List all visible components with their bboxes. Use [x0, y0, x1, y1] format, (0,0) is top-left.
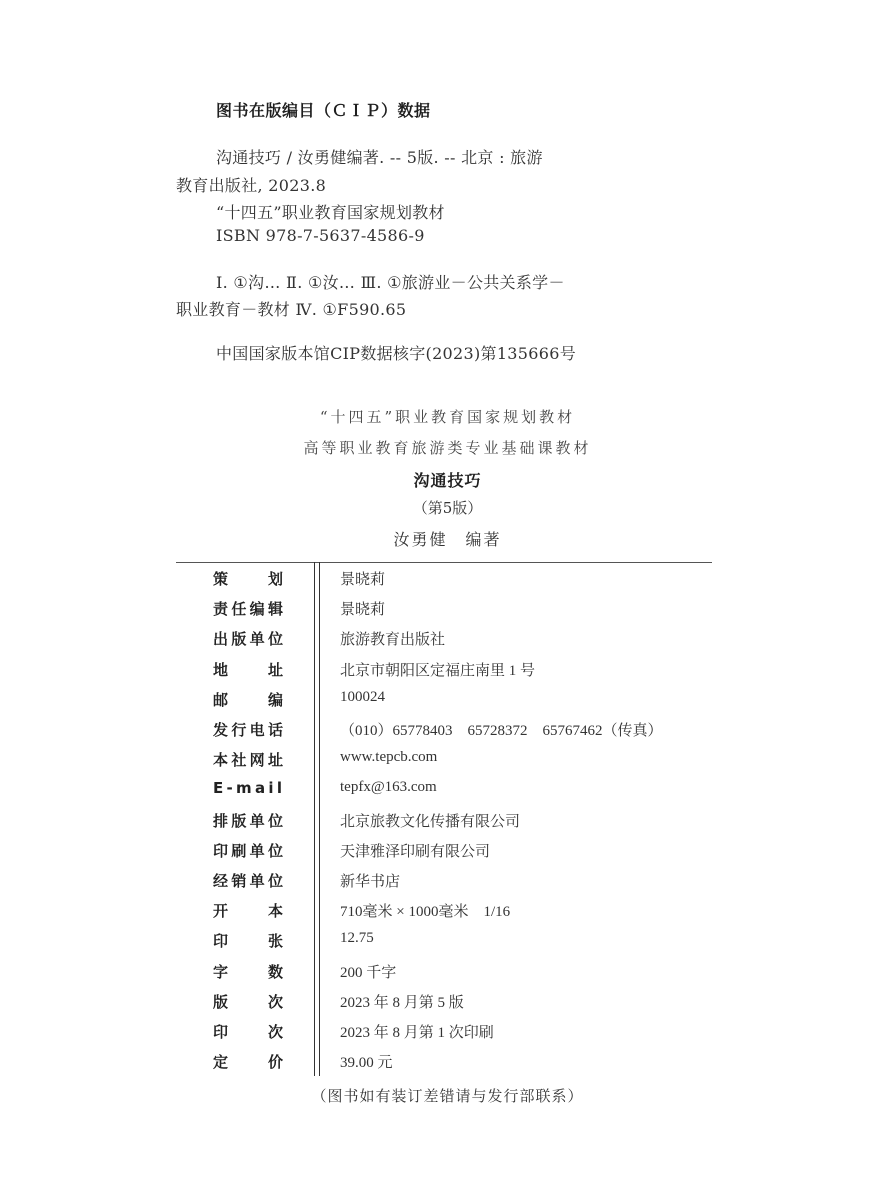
row-label-char: 次 [268, 991, 283, 1012]
row-label-char: 次 [268, 1021, 283, 1042]
row-label-char: 印 [213, 840, 228, 861]
row-value: 710毫米 × 1000毫米 1/16 [340, 900, 510, 921]
row-label-char: 话 [268, 719, 283, 740]
row-label: 排版单位 [213, 810, 283, 831]
row-label-char: 位 [268, 810, 283, 831]
row-label: 字数 [213, 961, 283, 982]
row-label-char: 价 [268, 1051, 283, 1072]
row-label: 发行电话 [213, 719, 283, 740]
row-label-char: 开 [213, 900, 228, 921]
table-row: E-mailtepfx@163.com [0, 779, 895, 809]
table-row: 排版单位北京旅教文化传播有限公司 [0, 810, 895, 840]
row-label: 印张 [213, 930, 283, 951]
row-label-char: 编 [250, 598, 265, 619]
row-label-char: 邮 [213, 689, 228, 710]
row-label-char: 版 [213, 991, 228, 1012]
row-value: 北京旅教文化传播有限公司 [340, 810, 520, 831]
row-value: 200 千字 [340, 961, 396, 982]
row-label: 印刷单位 [213, 840, 283, 861]
row-label-char: a [255, 779, 266, 797]
row-label-char: 定 [213, 1051, 228, 1072]
row-label-char: 责 [213, 598, 228, 619]
cip-line-approval-number: 中国国家版本馆CIP数据核字(2023)第135666号 [216, 341, 576, 364]
row-label-char: 字 [213, 961, 228, 982]
row-label-char: 发 [213, 719, 228, 740]
row-label-char: 单 [250, 870, 265, 891]
row-label-char: l [277, 779, 283, 797]
row-label: 责任编辑 [213, 598, 283, 619]
row-label: 定价 [213, 1051, 283, 1072]
series-line-1: “十四五”职业教育国家规划教材 [0, 406, 895, 427]
row-label-char: 社 [231, 749, 246, 770]
table-row: 定价39.00 元 [0, 1051, 895, 1081]
row-label-char: 地 [213, 659, 228, 680]
row-label-char: 排 [213, 810, 228, 831]
row-label-char: m [236, 779, 253, 797]
row-label-char: 位 [268, 840, 283, 861]
row-value: 景晓莉 [340, 568, 385, 589]
row-label-char: 经 [213, 870, 228, 891]
row-label: 策划 [213, 568, 283, 589]
table-row: 地址北京市朝阳区定福庄南里 1 号 [0, 659, 895, 689]
cip-heading: 图书在版编目（ＣＩＰ）数据 [216, 98, 431, 121]
row-value: 100024 [340, 689, 385, 706]
row-label-char: 本 [213, 749, 228, 770]
table-row: 邮编100024 [0, 689, 895, 719]
row-label-char: 任 [231, 598, 246, 619]
row-value: 景晓莉 [340, 598, 385, 619]
row-label-char: 版 [231, 810, 246, 831]
row-label-char: 印 [213, 930, 228, 951]
table-row: 印张12.75 [0, 930, 895, 960]
row-value: 39.00 元 [340, 1051, 393, 1072]
row-label-char: 刷 [231, 840, 246, 861]
row-label: 地址 [213, 659, 283, 680]
row-value: 2023 年 8 月第 5 版 [340, 991, 464, 1012]
row-label-char: 址 [268, 749, 283, 770]
row-label-char: 址 [268, 659, 283, 680]
row-label-char: 行 [231, 719, 246, 740]
cip-line-classification: 职业教育－教材 Ⅳ. ①F590.65 [176, 297, 406, 320]
row-label: 邮编 [213, 689, 283, 710]
row-label-char: 网 [250, 749, 265, 770]
row-value: 2023 年 8 月第 1 次印刷 [340, 1021, 494, 1042]
row-label-char: 单 [250, 810, 265, 831]
table-row: 印刷单位天津雅泽印刷有限公司 [0, 840, 895, 870]
row-value: 天津雅泽印刷有限公司 [340, 840, 490, 861]
row-label: 印次 [213, 1021, 283, 1042]
row-label-char: 出 [213, 628, 228, 649]
table-row: 版次2023 年 8 月第 5 版 [0, 991, 895, 1021]
cip-line-isbn: ISBN 978-7-5637-4586-9 [216, 226, 425, 245]
row-label-char: 版 [231, 628, 246, 649]
row-value: 旅游教育出版社 [340, 628, 445, 649]
row-label-char: i [268, 779, 274, 797]
row-label-char: 辑 [268, 598, 283, 619]
row-label-char: 策 [213, 568, 228, 589]
row-label: 开本 [213, 900, 283, 921]
cip-line-subjects: Ⅰ. ①沟… Ⅱ. ①汝… Ⅲ. ①旅游业－公共关系学－ [216, 270, 565, 293]
row-label: 出版单位 [213, 628, 283, 649]
table-row: 字数200 千字 [0, 961, 895, 991]
row-value: （010）65778403 65728372 65767462（传真） [340, 719, 663, 740]
table-row: 策划景晓莉 [0, 568, 895, 598]
binding-error-note: （图书如有装订差错请与发行部联系） [0, 1085, 895, 1106]
row-label: 本社网址 [213, 749, 283, 770]
table-row: 印次2023 年 8 月第 1 次印刷 [0, 1021, 895, 1051]
cip-line-publisher: 教育出版社, 2023.8 [176, 173, 326, 196]
row-label-char: 位 [268, 628, 283, 649]
row-label: 经销单位 [213, 870, 283, 891]
table-row: 本社网址www.tepcb.com [0, 749, 895, 779]
edition-label: （第5版） [0, 497, 895, 518]
table-row: 发行电话（010）65778403 65728372 65767462（传真） [0, 719, 895, 749]
row-value: tepfx@163.com [340, 779, 437, 796]
row-label: E-mail [213, 779, 283, 797]
row-value: www.tepcb.com [340, 749, 437, 766]
row-label-char: 印 [213, 1021, 228, 1042]
series-line-2: 高等职业教育旅游类专业基础课教材 [0, 437, 895, 458]
table-top-rule [176, 562, 712, 563]
table-row: 出版单位旅游教育出版社 [0, 628, 895, 658]
table-row: 开本710毫米 × 1000毫米 1/16 [0, 900, 895, 930]
row-value: 12.75 [340, 930, 374, 947]
row-label-char: 单 [250, 840, 265, 861]
row-label-char: - [227, 779, 234, 797]
table-row: 经销单位新华书店 [0, 870, 895, 900]
row-label: 版次 [213, 991, 283, 1012]
row-label-char: 位 [268, 870, 283, 891]
row-label-char: 单 [250, 628, 265, 649]
row-label-char: 本 [268, 900, 283, 921]
cip-line-series: “十四五”职业教育国家规划教材 [216, 200, 445, 223]
row-value: 新华书店 [340, 870, 400, 891]
row-label-char: 电 [250, 719, 265, 740]
row-label-char: 销 [231, 870, 246, 891]
cip-line-title-author: 沟通技巧 / 汝勇健编著. -- 5版. -- 北京 : 旅游 [216, 145, 543, 168]
row-value: 北京市朝阳区定福庄南里 1 号 [340, 659, 535, 680]
row-label-char: 张 [268, 930, 283, 951]
row-label-char: 编 [268, 689, 283, 710]
author-line: 汝勇健 编著 [0, 527, 895, 550]
row-label-char: E [213, 779, 224, 797]
row-label-char: 数 [268, 961, 283, 982]
table-row: 责任编辑景晓莉 [0, 598, 895, 628]
row-label-char: 划 [268, 568, 283, 589]
book-title: 沟通技巧 [0, 468, 895, 491]
